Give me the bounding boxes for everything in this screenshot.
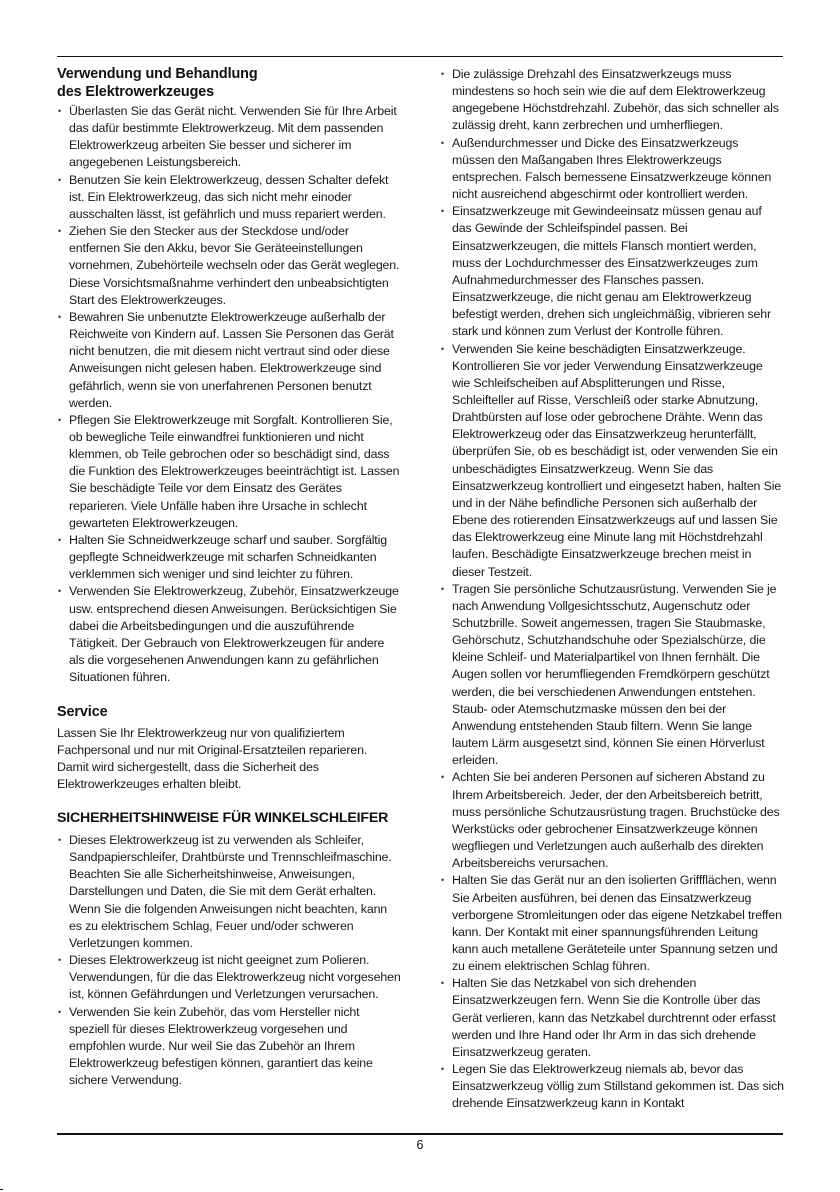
list-item: Außendurchmesser und Dicke des Einsatzwe… — [440, 135, 784, 204]
safety-title: SICHERHEITSHINWEISE FÜR WINKELSCHLEIFER — [57, 810, 401, 828]
list-item: Bewahren Sie unbenutzte Elektrowerkzeuge… — [57, 309, 401, 412]
section-usage-heading: Verwendung und Behandlung des Elektrower… — [57, 66, 401, 101]
list-item: Einsatzwerkzeuge mit Gewindeeinsatz müss… — [440, 203, 784, 340]
list-item: Halten Sie Schneidwerkzeuge scharf und s… — [57, 532, 401, 583]
list-item: Dieses Elektrowerkzeug ist nicht geeigne… — [57, 952, 401, 1003]
list-item: Tragen Sie persönliche Schutzausrüstung.… — [440, 581, 784, 770]
list-item: Halten Sie das Gerät nur an den isoliert… — [440, 872, 784, 975]
page-number: 6 — [0, 1138, 840, 1152]
list-item: Die zulässige Drehzahl des Einsatzwerkze… — [440, 66, 784, 135]
list-item: Verwenden Sie Elektrowerkzeug, Zubehör, … — [57, 583, 401, 686]
list-item: Dieses Elektrowerkzeug ist zu verwenden … — [57, 832, 401, 952]
left-column: Verwendung und Behandlung des Elektrower… — [57, 66, 401, 1089]
list-item: Halten Sie das Netzkabel von sich drehen… — [440, 975, 784, 1061]
list-item: Verwenden Sie kein Zubehör, das vom Hers… — [57, 1004, 401, 1090]
safety-list: Dieses Elektrowerkzeug ist zu verwenden … — [57, 832, 401, 1089]
usage-list: Überlasten Sie das Gerät nicht. Verwende… — [57, 103, 401, 686]
crop-mark — [0, 1189, 3, 1190]
list-item: Überlasten Sie das Gerät nicht. Verwende… — [57, 103, 401, 172]
service-text: Lassen Sie Ihr Elektrowerkzeug nur von q… — [57, 725, 401, 794]
list-item: Ziehen Sie den Stecker aus der Steckdose… — [57, 223, 401, 309]
section-usage-title-line2: des Elektrowerkzeuges — [57, 84, 401, 102]
list-item: Verwenden Sie keine beschädigten Einsatz… — [440, 341, 784, 581]
list-item: Legen Sie das Elektrowerkzeug niemals ab… — [440, 1061, 784, 1112]
header-rule — [57, 56, 783, 57]
list-item: Benutzen Sie kein Elektrowerkzeug, desse… — [57, 172, 401, 223]
service-title: Service — [57, 704, 401, 722]
safety-list-continued: Die zulässige Drehzahl des Einsatzwerkze… — [440, 66, 784, 1113]
right-column: Die zulässige Drehzahl des Einsatzwerkze… — [440, 66, 784, 1113]
footer-rule — [57, 1133, 783, 1135]
section-usage-title-line1: Verwendung und Behandlung — [57, 66, 401, 84]
list-item: Pflegen Sie Elektrowerkzeuge mit Sorgfal… — [57, 412, 401, 532]
list-item: Achten Sie bei anderen Personen auf sich… — [440, 769, 784, 872]
